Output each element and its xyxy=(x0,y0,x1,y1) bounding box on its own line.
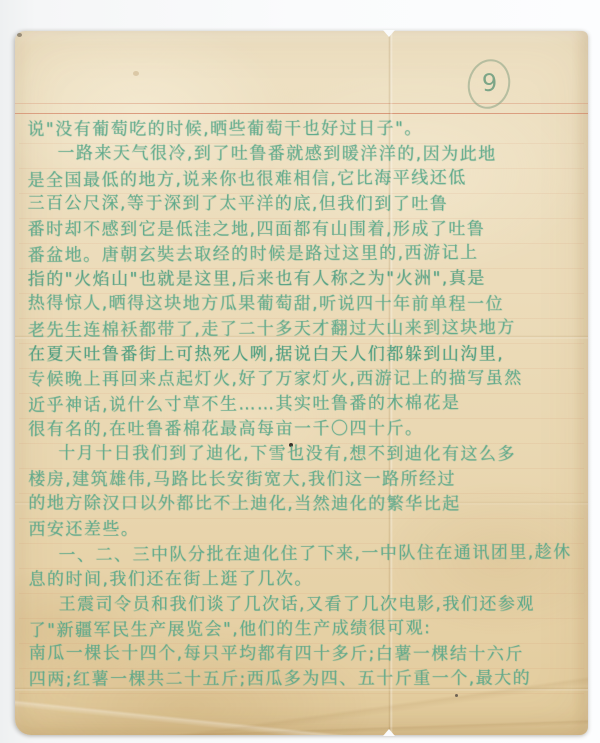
handwritten-line: 专候晚上再回来点起灯火,好了万家灯火,西游记上的描写虽然 xyxy=(28,366,586,392)
page-number-label: 9 xyxy=(482,69,498,98)
handwritten-line: 热得惊人,晒得这块地方瓜果葡萄甜,听说四十年前单程一位 xyxy=(28,291,586,317)
paper-speck xyxy=(17,33,22,37)
paper-speck xyxy=(133,71,139,76)
handwritten-text-block: 说"没有葡萄吃的时候,晒些葡萄干也好过日子"。一路来天气很冷,到了吐鲁番就感到暖… xyxy=(27,116,587,692)
handwritten-line: 楼房,建筑雄伟,马路比长安街宽大,我们这一路所经过 xyxy=(28,467,586,492)
handwritten-line: 四两;红薯一棵共二十五斤;西瓜多为四、五十斤重一个,最大的 xyxy=(29,666,587,692)
handwritten-line: 番盆地。唐朝玄奘去取经的时候是路过这里的,西游记上 xyxy=(28,240,586,269)
handwritten-line: 番时却不感到它是低洼之地,四面都有山围着,形成了吐鲁 xyxy=(28,217,586,242)
circled-page-number: 9 xyxy=(463,55,516,114)
header-rule-bottom xyxy=(15,113,588,114)
handwritten-line: 老先生连棉袄都带了,走了二十多天才翻过大山来到这块地方 xyxy=(28,315,586,344)
handwritten-line: 三百公尺深,等于深到了太平洋的底,但我们到了吐鲁 xyxy=(27,191,585,217)
header-rule-top xyxy=(15,103,588,104)
photo-of-letter: { "page_number": "9", "colors": { "ink":… xyxy=(0,0,600,743)
handwritten-line: 是全国最低的地方,说来你也很难相信,它比海平线还低 xyxy=(27,165,585,194)
handwritten-line: 说"没有葡萄吃的时候,晒些葡萄干也好过日子"。 xyxy=(27,116,585,142)
handwritten-line: 近乎神话,说什么寸草不生……其实吐鲁番的木棉花是 xyxy=(28,390,586,419)
handwritten-line: 指的"火焰山"也就是这里,后来也有人称之为"火洲",真是 xyxy=(28,266,586,292)
handwritten-line: 了"新疆军民生产展览会",他们的生产成绩很可观: xyxy=(29,615,587,644)
handwritten-line: 十月十日我们到了迪化,下雪也没有,想不到迪化有这么多 xyxy=(28,441,586,467)
handwritten-line: 一、二、三中队分批在迪化住了下来,一中队住在通讯团里,趁休 xyxy=(28,540,586,569)
bottom-edge-notch xyxy=(383,729,395,736)
handwritten-line: 王震司令员和我们谈了几次话,又看了几次电影,我们还参观 xyxy=(29,592,587,617)
handwritten-line: 西安还差些。 xyxy=(28,516,586,542)
handwritten-line: 息的时间,我们还在街上逛了几次。 xyxy=(28,566,586,592)
handwritten-line: 在夏天吐鲁番街上可热死人咧,据说白天人们都躲到山沟里, xyxy=(28,342,586,367)
handwritten-line: 很有名的,在吐鲁番棉花最高每亩一千〇四十斤。 xyxy=(28,416,586,442)
handwritten-line: 南瓜一棵长十四个,每只平均都有四十多斤;白薯一棵结十六斤 xyxy=(29,641,587,667)
top-edge-notch xyxy=(383,30,395,37)
letter-page: 9 说"没有葡萄吃的时候,晒些葡萄干也好过日子"。一路来天气很冷,到了吐鲁番就感… xyxy=(15,31,588,735)
handwritten-line: 的地方除汉口以外都比不上迪化,当然迪化的繁华比起 xyxy=(28,491,586,517)
paper-speck xyxy=(455,694,458,697)
handwritten-line: 一路来天气很冷,到了吐鲁番就感到暖洋洋的,因为此地 xyxy=(27,141,585,167)
